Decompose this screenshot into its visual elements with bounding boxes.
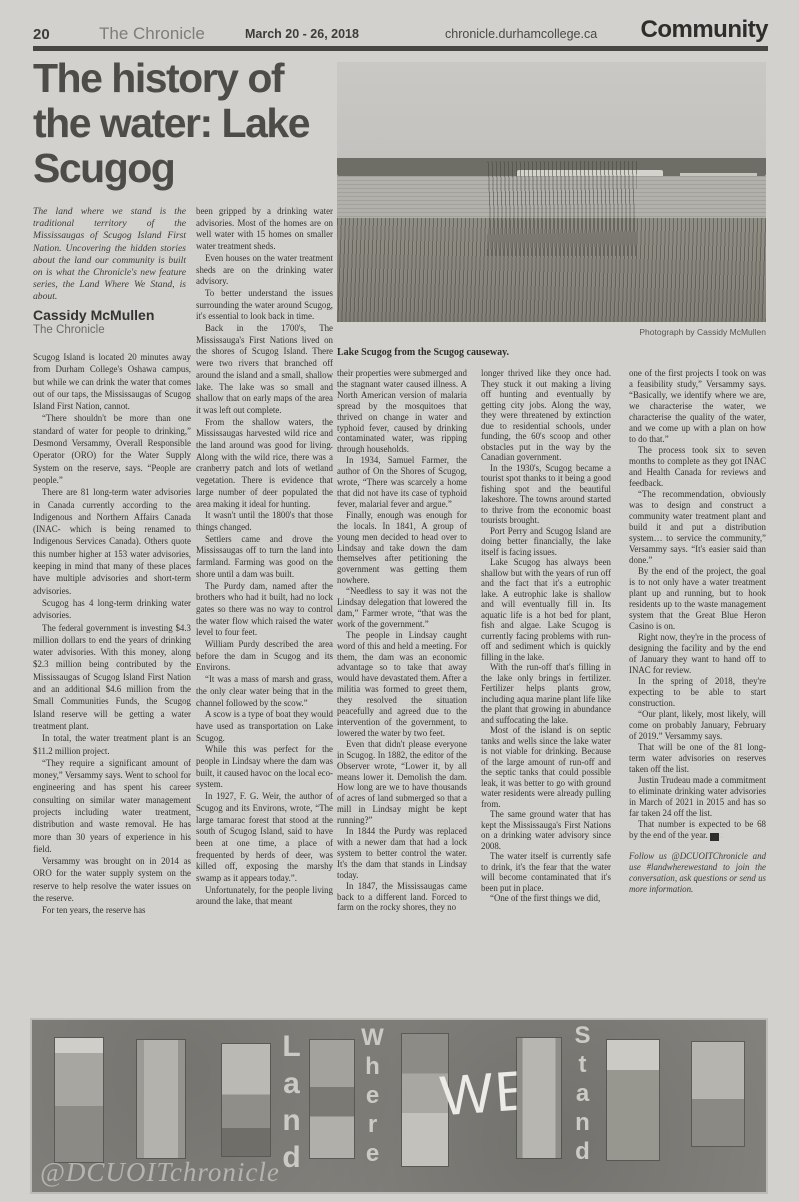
paragraph: Even houses on the water treatment sheds… [196, 253, 333, 288]
paragraph: one of the first projects I took on was … [629, 368, 766, 445]
paper-name: The Chronicle [99, 24, 205, 44]
issue-date: March 20 - 26, 2018 [245, 27, 359, 41]
header-rule [33, 46, 768, 51]
paragraph: Port Perry and Scugog Island are doing b… [481, 526, 611, 558]
body-column-2: been gripped by a drinking water advisor… [196, 206, 333, 1012]
paragraph: “Our plant, likely, most likely, will co… [629, 709, 766, 742]
follow-us-note: Follow us @DCUOITChronicle and use #land… [629, 851, 766, 895]
banner-photo-door [137, 1040, 185, 1158]
paragraph: In total, the water treatment plant is a… [33, 732, 191, 757]
paragraph: With the run-off that's filling in the l… [481, 662, 611, 725]
banner-photo-billboard [310, 1040, 354, 1158]
land-where-we-stand-banner: Land Where WE Stand @DCUOITchronicle [30, 1018, 768, 1194]
paragraph: Scugog Island is located 20 minutes away… [33, 351, 191, 412]
paragraph: By the end of the project, the goal is t… [629, 566, 766, 632]
banner-photo-church [607, 1040, 659, 1160]
paragraph: The water itself is currently safe to dr… [481, 851, 611, 893]
paragraph: In 1934, Samuel Farmer, the author of On… [337, 455, 467, 510]
paragraph: Most of the island is on septic tanks an… [481, 725, 611, 809]
paragraph: Finally, enough was enough for the local… [337, 510, 467, 586]
body-column-1: Scugog Island is located 20 minutes away… [33, 351, 191, 1011]
paragraph: In 1927, F. G. Weir, the author of Scugo… [196, 791, 333, 885]
article-standfirst: The land where we stand is the tradition… [33, 206, 186, 304]
paragraph: The same ground water that has kept the … [481, 809, 611, 851]
paragraph: “They require a significant amount of mo… [33, 757, 191, 855]
paragraph: That will be one of the 81 long-term wat… [629, 742, 766, 775]
paragraph: their properties were submerged and the … [337, 368, 467, 455]
photo-credit: Photograph by Cassidy McMullen [470, 327, 766, 337]
section-title: Community [641, 16, 769, 44]
social-handle: @DCUOITchronicle [40, 1157, 280, 1188]
banner-word-stand: Stand [568, 1022, 596, 1167]
body-column-3: their properties were submerged and the … [337, 368, 467, 1014]
lake-photo [337, 62, 766, 322]
website-url: chronicle.durhamcollege.ca [445, 27, 597, 41]
paragraph: The Purdy dam, named after the brothers … [196, 581, 333, 640]
paragraph: In the spring of 2018, they're expecting… [629, 676, 766, 709]
paragraph: It wasn't until the 1800's that those th… [196, 510, 333, 533]
body-column-5: one of the first projects I took on was … [629, 368, 766, 1014]
paragraph: Lake Scugog has always been shallow but … [481, 557, 611, 662]
paragraph: “The recommendation, obviously was to de… [629, 489, 766, 566]
banner-word-land: Land [274, 1030, 308, 1178]
photo-reeds [487, 161, 637, 256]
paragraph: “There shouldn't be more than one standa… [33, 412, 191, 486]
last-paragraph-text: That number is expected to be 68 by the … [629, 819, 766, 840]
byline-author: Cassidy McMullen [33, 307, 154, 323]
paragraph: While this was perfect for the people in… [196, 744, 333, 791]
banner-photo-clock-tower [55, 1038, 103, 1162]
paragraph: Settlers came and drove the Mississaugas… [196, 534, 333, 581]
paragraph: Versammy was brought on in 2014 as ORO f… [33, 855, 191, 904]
end-of-article-mark: C [710, 833, 719, 841]
paragraph: longer thrived like they once had. They … [481, 368, 611, 463]
paragraph: In 1847, the Mississaugas came back to a… [337, 881, 467, 914]
banner-photo-farmhouse [222, 1044, 270, 1156]
paragraph: been gripped by a drinking water advisor… [196, 206, 333, 253]
paragraph: For ten years, the reserve has [33, 904, 191, 916]
paragraph: From the shallow waters, the Mississauga… [196, 417, 333, 511]
banner-word-where: Where [358, 1024, 386, 1169]
banner-photo-doorway [517, 1038, 561, 1158]
banner-photo-building [692, 1042, 744, 1146]
body-column-4: longer thrived like they once had. They … [481, 368, 611, 1014]
article-headline: The history of the water: Lake Scugog [33, 56, 335, 191]
photo-caption: Lake Scugog from the Scugog causeway. [337, 347, 757, 358]
last-paragraph: That number is expected to be 68 by the … [629, 819, 766, 841]
paragraph: The federal government is investing $4.3… [33, 622, 191, 733]
paragraph: The process took six to seven months to … [629, 445, 766, 489]
paragraph: Scugog has 4 long-term drinking water ad… [33, 597, 191, 622]
paragraph: In 1844 the Purdy was replaced with a ne… [337, 826, 467, 881]
follow-us-text: Follow us @DCUOITChronicle and use #land… [629, 851, 766, 895]
paragraph: Back in the 1700's, The Mississauga's Fi… [196, 323, 333, 417]
paragraph: “Needless to say it was not the Lindsay … [337, 586, 467, 630]
paragraph: Even that didn't please everyone in Scug… [337, 739, 467, 826]
photo-sky [337, 62, 766, 161]
paragraph: Right now, they're in the process of des… [629, 632, 766, 676]
paragraph: William Purdy described the area before … [196, 639, 333, 674]
paragraph: There are 81 long-term water advisories … [33, 486, 191, 597]
paragraph: Justin Trudeau made a commitment to elim… [629, 775, 766, 819]
paragraph: Unfortunately, for the people living aro… [196, 885, 333, 908]
paragraph: To better understand the issues surround… [196, 288, 333, 323]
paragraph: In the 1930's, Scugog became a tourist s… [481, 463, 611, 526]
paragraph: A scow is a type of boat they would have… [196, 709, 333, 744]
paragraph: “It was a mass of marsh and grass, the o… [196, 674, 333, 709]
page-number: 20 [33, 26, 50, 43]
byline-organization: The Chronicle [33, 324, 105, 336]
paragraph: “One of the first things we did, [481, 893, 611, 904]
masthead: 20 The Chronicle March 20 - 26, 2018 chr… [33, 16, 768, 48]
paragraph: The people in Lindsay caught word of thi… [337, 630, 467, 739]
